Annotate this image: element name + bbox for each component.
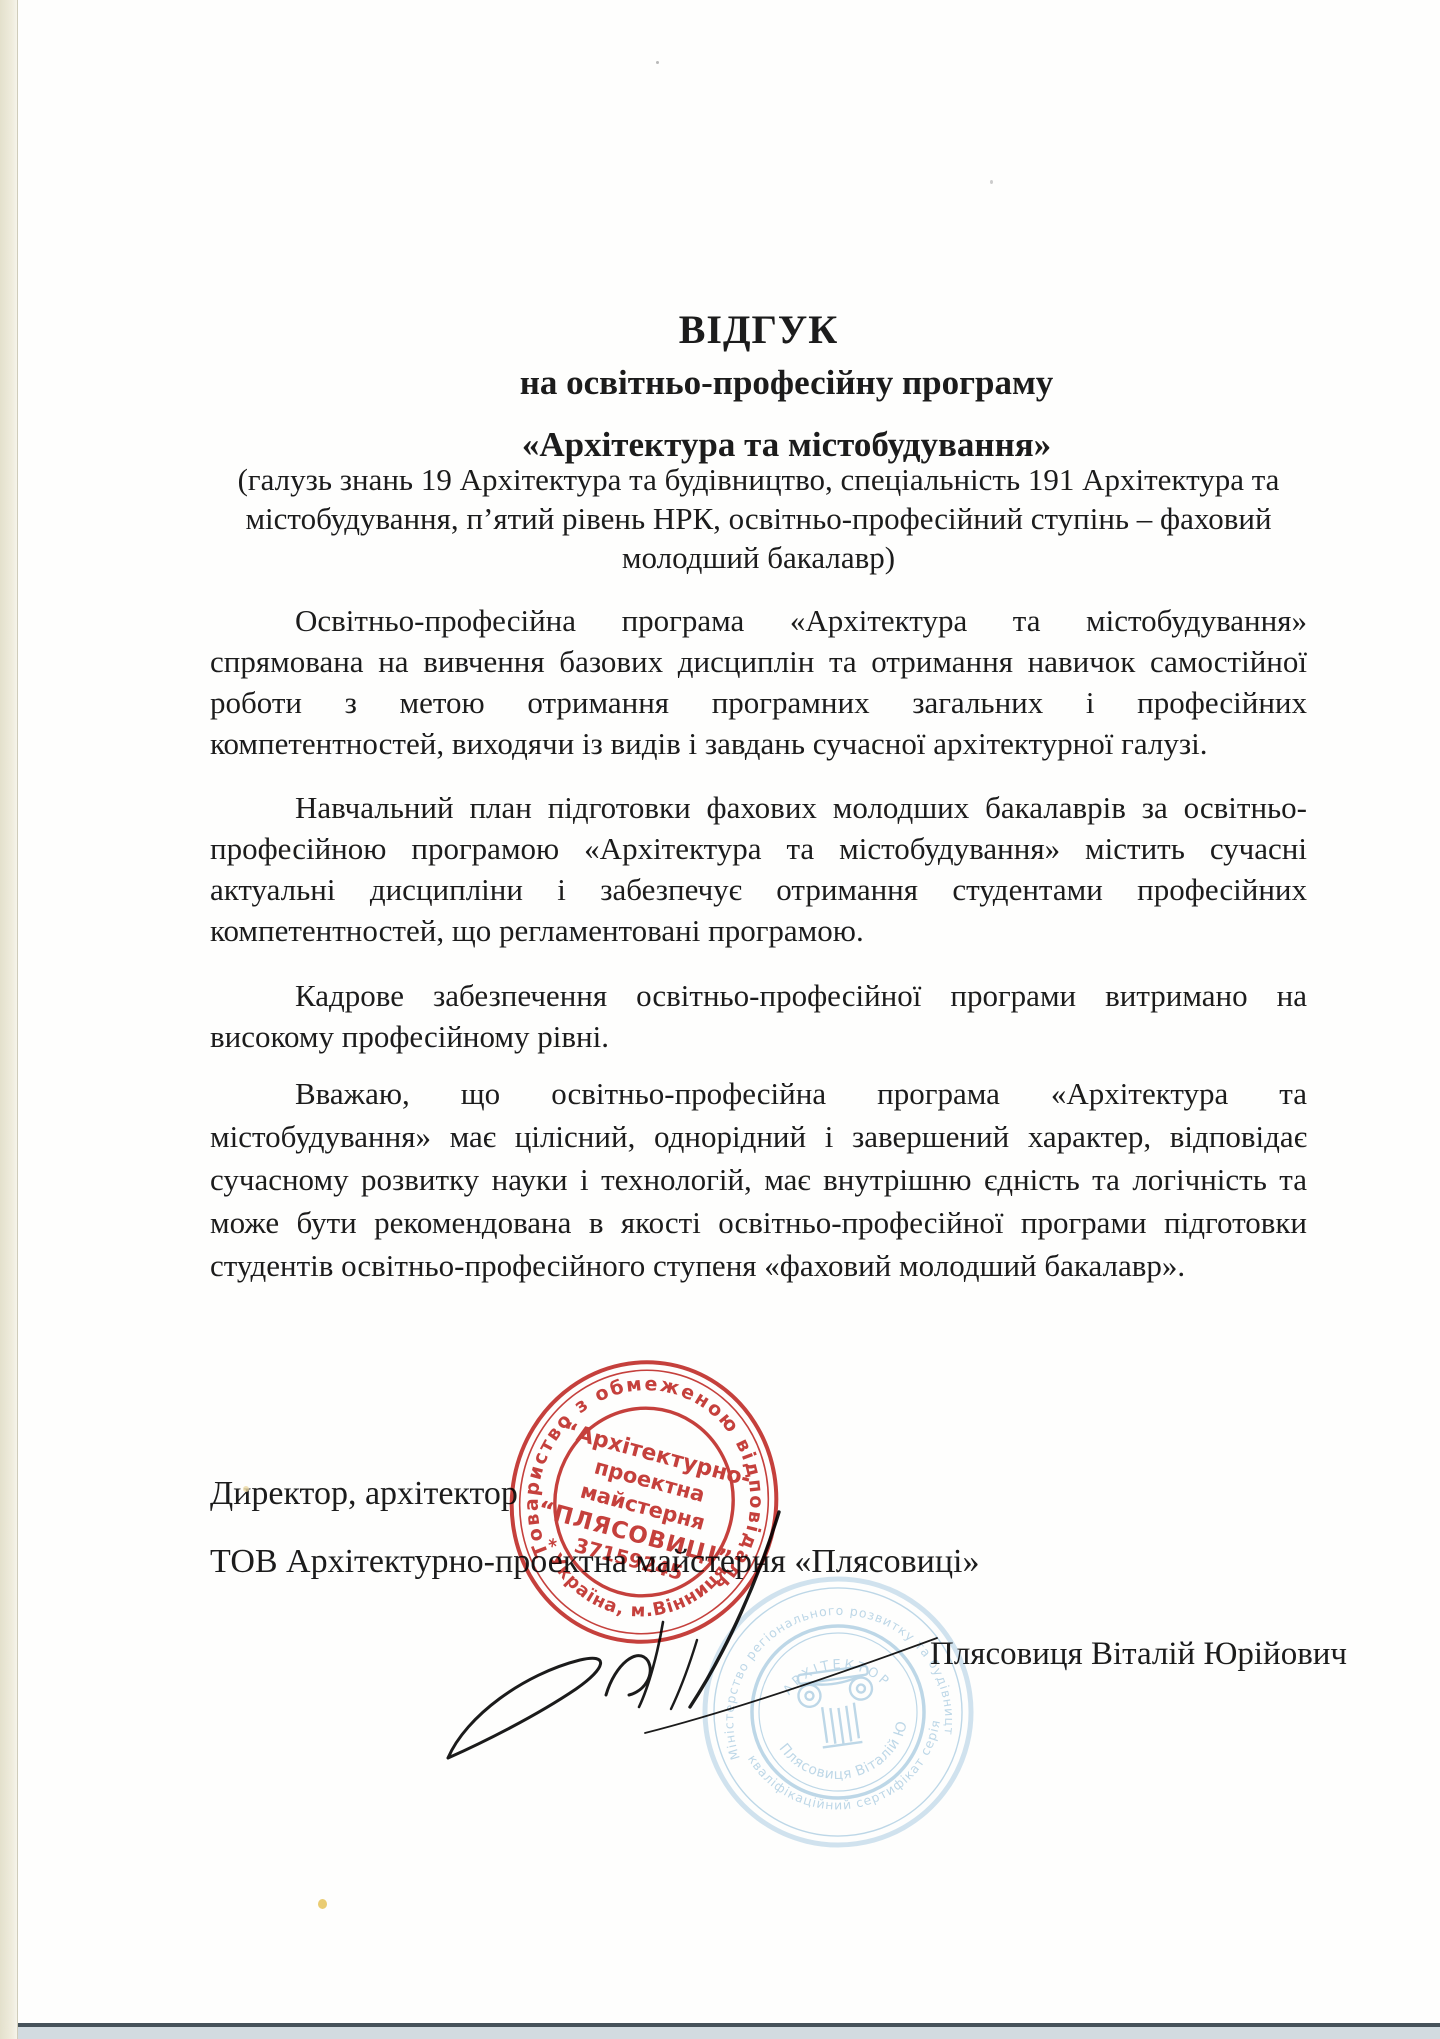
- paper-speck: [990, 180, 993, 184]
- paragraph-line: спрямована на вивчення базових дисциплін…: [210, 641, 1307, 682]
- subtitle-line: на освітньо-професійну програму: [238, 352, 1335, 414]
- paragraph-line: містобудування» має цілісний, однорідний…: [210, 1115, 1307, 1158]
- paragraph-1: Освітньо-професійна програма «Архітектур…: [210, 600, 1307, 764]
- paper-speck: [243, 1486, 249, 1492]
- paragraph-line: Кадрове забезпечення освітньо-професійно…: [210, 975, 1307, 1016]
- paragraph-line: компетентностей, що регламентовані прогр…: [210, 910, 1307, 951]
- paragraph-line: високому професійному рівні.: [210, 1016, 1307, 1057]
- paragraph-line: може бути рекомендована в якості освітнь…: [210, 1201, 1307, 1244]
- scanned-document-page: ВІДГУК на освітньо-професійну програму «…: [0, 0, 1440, 2039]
- annotation-line: (галузь знань 19 Архітектура та будівниц…: [210, 460, 1307, 499]
- paragraph-3: Кадрове забезпечення освітньо-професійно…: [210, 975, 1307, 1057]
- annotation-line: молодший бакалавр): [210, 538, 1307, 577]
- paragraph-2: Навчальний план підготовки фахових молод…: [210, 787, 1307, 951]
- document-subtitle: на освітньо-професійну програму «Архітек…: [238, 352, 1335, 476]
- scan-left-edge: [0, 0, 18, 2039]
- paragraph-line: сучасному розвитку науки і технологій, м…: [210, 1158, 1307, 1201]
- scan-bottom-strip: [0, 2027, 1440, 2039]
- paragraph-4: Вважаю, що освітньо-професійна програма …: [210, 1072, 1307, 1287]
- paragraph-line: студентів освітньо-професійного ступеня …: [210, 1244, 1307, 1287]
- paragraph-line: компетентностей, виходячи із видів і зав…: [210, 723, 1307, 764]
- paragraph-line: Навчальний план підготовки фахових молод…: [210, 787, 1307, 828]
- program-annotation: (галузь знань 19 Архітектура та будівниц…: [210, 460, 1307, 577]
- paragraph-line: професійною програмою «Архітектура та мі…: [210, 828, 1307, 869]
- paper-speck: [318, 1899, 327, 1909]
- signatory-name: Плясовиця Віталій Юрійович: [930, 1634, 1347, 1674]
- paragraph-line: Освітньо-професійна програма «Архітектур…: [210, 600, 1307, 641]
- paragraph-line: роботи з метою отримання програмних зага…: [210, 682, 1307, 723]
- document-title: ВІДГУК: [210, 306, 1307, 354]
- paper-speck: [656, 61, 659, 64]
- paragraph-line: Вважаю, що освітньо-професійна програма …: [210, 1072, 1307, 1115]
- handwritten-signature: [420, 1495, 960, 1770]
- annotation-line: містобудування, п’ятий рівень НРК, освіт…: [210, 499, 1307, 538]
- paragraph-line: актуальні дисципліни і забезпечує отрима…: [210, 869, 1307, 910]
